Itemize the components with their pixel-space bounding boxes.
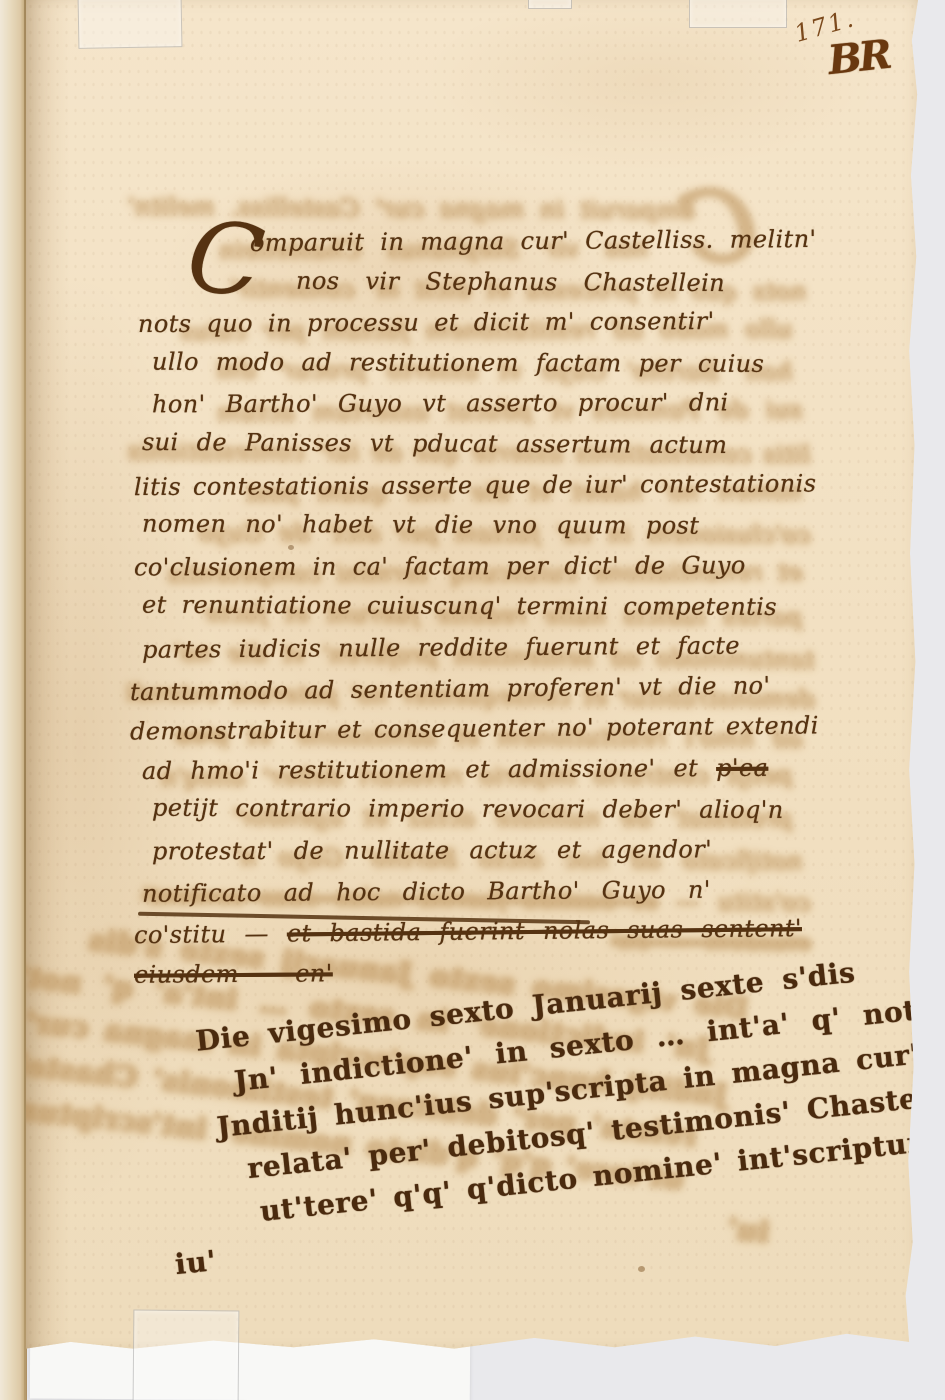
manuscript-line: petijt contrario imperio revocari deber'… <box>128 788 928 831</box>
manuscript-line: ad hmo'i restitutionem et admissione' et… <box>128 747 928 792</box>
line-text: tantummodo ad sententiam proferen' vt di… <box>130 671 771 706</box>
manuscript-line: protestat' de nullitate actuz et agendor… <box>128 829 928 872</box>
manuscript-line: partes iudicis nulle reddite fuerunt et … <box>128 624 928 670</box>
line-text: iu' <box>173 1244 218 1281</box>
line-text: hon' Bartho' Guyo vt asserto procur' dni <box>152 389 729 419</box>
manuscript-line: demonstrabitur et consequenter no' poter… <box>128 705 928 753</box>
line-text: omparuit in magna cur' Castelliss. melit… <box>250 225 817 257</box>
manuscript-line: ullo modo ad restitutionem factam per cu… <box>128 341 928 384</box>
line-text: ad hmo'i restitutionem et admissione' et <box>142 754 716 785</box>
main-text-block: C omparuit in magna cur' Castelliss. mel… <box>128 221 928 992</box>
ink-dot <box>288 545 294 550</box>
manuscript-line: nomen no' habet vt die vno quum post <box>128 504 928 547</box>
line-text: ullo modo ad restitutionem factam per cu… <box>152 347 764 377</box>
line-text: protestat' de nullitate actuz et agendor… <box>152 835 712 865</box>
scan-background: C omparuit in magna cur' Castelliss. mel… <box>0 0 945 1400</box>
archival-tape <box>689 0 787 28</box>
folio-mark: BR <box>826 31 892 84</box>
folio-annotation: 171. BR <box>794 12 914 92</box>
line-text-struck: eiusdem — en' <box>134 959 333 988</box>
archival-tape <box>78 0 183 49</box>
line-text: co'stitu — <box>134 920 287 950</box>
manuscript-line: litis contestationis asserte que de iur'… <box>128 462 928 507</box>
manuscript-line: hon' Bartho' Guyo vt asserto procur' dni <box>128 382 928 425</box>
line-text: demonstrabitur et consequenter no' poter… <box>130 712 819 746</box>
line-text: nots quo in processu et dicit m' consent… <box>138 307 715 338</box>
manuscript-line: omparuit in magna cur' Castelliss. melit… <box>128 218 928 264</box>
manuscript-line: sui de Panisses vt pducat assertum actum <box>128 422 928 467</box>
line-text: litis contestationis asserte que de iur'… <box>134 469 817 501</box>
manuscript-line: co'clusionem in ca' factam per dict' de … <box>128 544 928 587</box>
line-text: notificato ad hoc dicto Bartho' Guyo n' <box>142 875 711 907</box>
line-text-struck: p'ea <box>716 753 768 781</box>
ink-dot <box>638 1266 645 1272</box>
gutter-crease <box>24 0 26 1400</box>
line-text: partes iudicis nulle reddite fuerunt et … <box>142 631 740 663</box>
line-text: sui de Panisses vt pducat assertum actum <box>142 428 727 459</box>
line-text: nos vir Stephanus Chastellein <box>296 266 725 296</box>
manuscript-page: C omparuit in magna cur' Castelliss. mel… <box>26 0 918 1350</box>
line-text: co'clusionem in ca' factam per dict' de … <box>134 551 746 581</box>
book-gutter-edge <box>0 0 27 1400</box>
manuscript-line: nots quo in processu et dicit m' consent… <box>128 300 928 345</box>
archival-tape <box>528 0 572 9</box>
manuscript-line: notificato ad hoc dicto Bartho' Guyo n' <box>128 868 928 914</box>
manuscript-line: nos vir Stephanus Chastellein <box>128 259 928 304</box>
line-text: nomen no' habet vt die vno quum post <box>142 510 699 540</box>
archival-tape <box>133 1310 240 1400</box>
manuscript-line: et renuntiatione cuiuscunq' termini comp… <box>128 585 928 628</box>
line-text: et renuntiatione cuiuscunq' termini comp… <box>142 591 777 621</box>
line-text: petijt contrario imperio revocari deber'… <box>152 794 784 824</box>
